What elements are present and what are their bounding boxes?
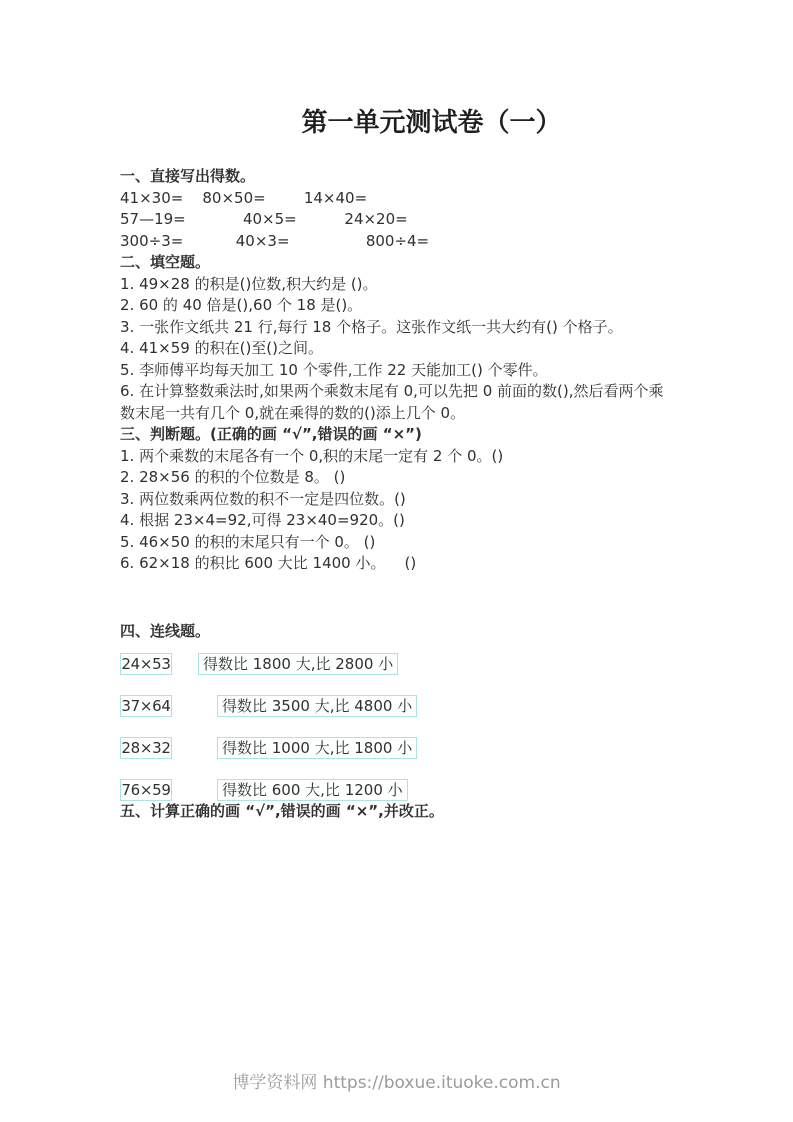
match-area: 24×53 得数比 1800 大,比 2800 小 37×64 得数比 3500… — [120, 653, 674, 801]
match-row-1: 24×53 得数比 1800 大,比 2800 小 — [120, 653, 674, 675]
judge-item-5: 5. 46×50 的积的末尾只有一个 0。 () — [120, 532, 674, 554]
judge-item-4: 4. 根据 23×4=92,可得 23×40=920。() — [120, 510, 674, 532]
match-expression-box-4[interactable]: 76×59 — [120, 779, 172, 801]
match-expression-box-2[interactable]: 37×64 — [120, 695, 172, 717]
match-expression-box-3[interactable]: 28×32 — [120, 737, 172, 759]
judge-item-1: 1. 两个乘数的末尾各有一个 0,积的末尾一定有 2 个 0。() — [120, 446, 674, 468]
judge-item-2: 2. 28×56 的积的个位数是 8。 () — [120, 467, 674, 489]
worksheet-body: 一、直接写出得数。 41×30= 80×50= 14×40= 57—19= 40… — [120, 166, 674, 823]
footer-text: 博学资料网 https://boxue.ituoke.com.cn — [232, 1073, 560, 1093]
judge-item-6: 6. 62×18 的积比 600 大比 1400 小。 () — [120, 553, 674, 575]
fill-item-1: 1. 49×28 的积是()位数,积大约是 ()。 — [120, 274, 674, 296]
footer-watermark: 博学资料网 https://boxue.ituoke.com.cn — [0, 1068, 793, 1093]
blank-space — [120, 575, 674, 621]
calc-row-3: 300÷3= 40×3= 800÷4= — [120, 231, 674, 253]
match-range-box-4[interactable]: 得数比 600 大,比 1200 小 — [217, 779, 408, 801]
match-range-box-3[interactable]: 得数比 1000 大,比 1800 小 — [217, 737, 417, 759]
match-row-2: 37×64 得数比 3500 大,比 4800 小 — [120, 695, 674, 717]
section-3-heading: 三、判断题。(正确的画 “√”,错误的画 “×”) — [120, 424, 674, 446]
section-2-heading: 二、填空题。 — [120, 252, 674, 274]
fill-item-5: 5. 李师傅平均每天加工 10 个零件,工作 22 天能加工() 个零件。 — [120, 360, 674, 382]
match-expression-box-1[interactable]: 24×53 — [120, 653, 172, 675]
fill-item-2: 2. 60 的 40 倍是(),60 个 18 是()。 — [120, 295, 674, 317]
match-row-4: 76×59 得数比 600 大,比 1200 小 — [120, 779, 674, 801]
section-5-heading: 五、计算正确的画 “√”,错误的画 “×”,并改正。 — [120, 801, 674, 823]
calc-row-1: 41×30= 80×50= 14×40= — [120, 188, 674, 210]
match-range-box-2[interactable]: 得数比 3500 大,比 4800 小 — [217, 695, 417, 717]
page-title: 第一单元测试卷（一） — [0, 102, 793, 139]
fill-item-4: 4. 41×59 的积在()至()之间。 — [120, 338, 674, 360]
match-row-3: 28×32 得数比 1000 大,比 1800 小 — [120, 737, 674, 759]
fill-item-3: 3. 一张作文纸共 21 行,每行 18 个格子。这张作文纸一共大约有() 个格… — [120, 317, 674, 339]
worksheet-page: 第一单元测试卷（一） 一、直接写出得数。 41×30= 80×50= 14×40… — [0, 0, 793, 1122]
calc-row-2: 57—19= 40×5= 24×20= — [120, 209, 674, 231]
judge-item-3: 3. 两位数乘两位数的积不一定是四位数。() — [120, 489, 674, 511]
fill-item-6: 6. 在计算整数乘法时,如果两个乘数末尾有 0,可以先把 0 前面的数(),然后… — [120, 381, 674, 424]
section-1-heading: 一、直接写出得数。 — [120, 166, 674, 188]
match-range-box-1[interactable]: 得数比 1800 大,比 2800 小 — [198, 653, 398, 675]
section-4-heading: 四、连线题。 — [120, 621, 674, 643]
